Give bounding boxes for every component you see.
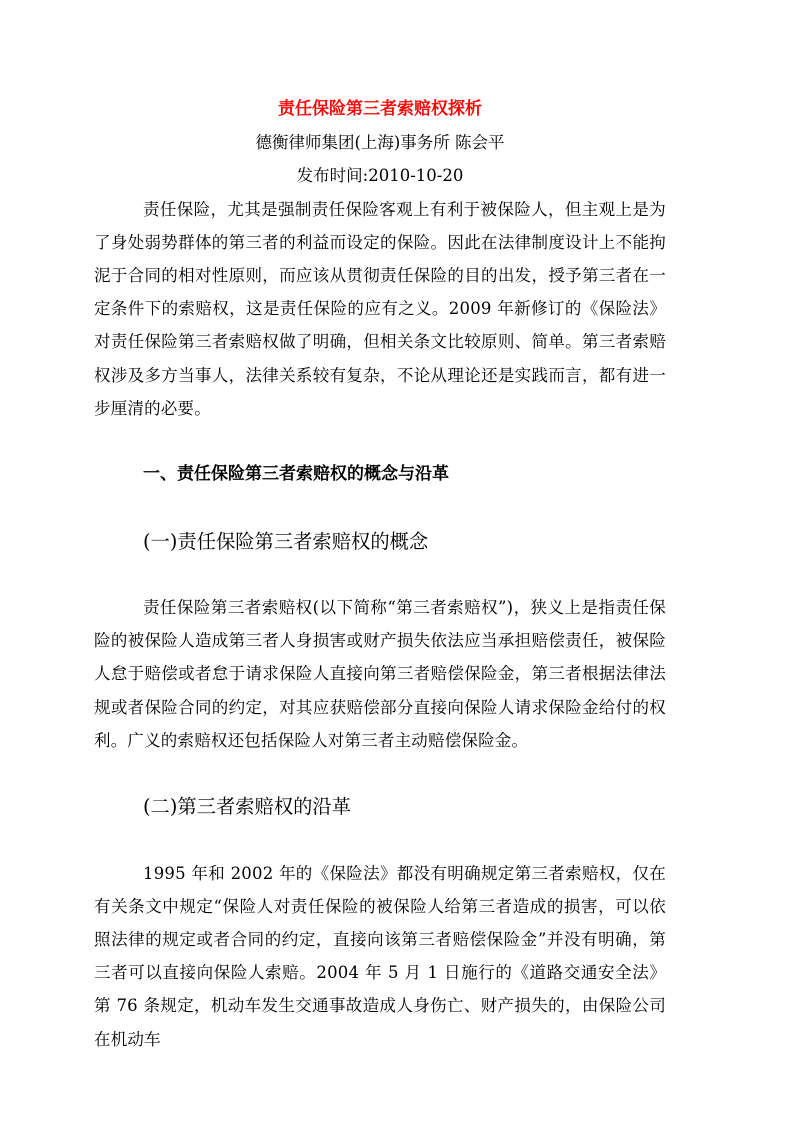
intro-paragraph: 责任保险，尤其是强制责任保险客观上有利于被保险人，但主观上是为了身处弱势群体的第…: [94, 193, 666, 425]
document-title: 责任保险第三者索赔权探析: [94, 93, 666, 126]
subsection-2-heading: (二)第三者索赔权的沿革: [94, 790, 666, 823]
publish-date-line: 发布时间:2010-10-20: [94, 159, 666, 192]
subsection-1-body: 责任保险第三者索赔权(以下简称“第三者索赔权”)，狭义上是指责任保险的被保险人造…: [94, 591, 666, 757]
author-line: 德衡律师集团(上海)事务所 陈会平: [94, 126, 666, 159]
document-content: 责任保险第三者索赔权探析 德衡律师集团(上海)事务所 陈会平 发布时间:2010…: [94, 93, 666, 1056]
document-page: 责任保险第三者索赔权探析 德衡律师集团(上海)事务所 陈会平 发布时间:2010…: [0, 0, 794, 1123]
section-1-heading: 一、责任保险第三者索赔权的概念与沿革: [94, 458, 666, 491]
subsection-2-body: 1995 年和 2002 年的《保险法》都没有明确规定第三者索赔权，仅在有关条文…: [94, 857, 666, 1056]
subsection-1-heading: (一)责任保险第三者索赔权的概念: [94, 525, 666, 558]
